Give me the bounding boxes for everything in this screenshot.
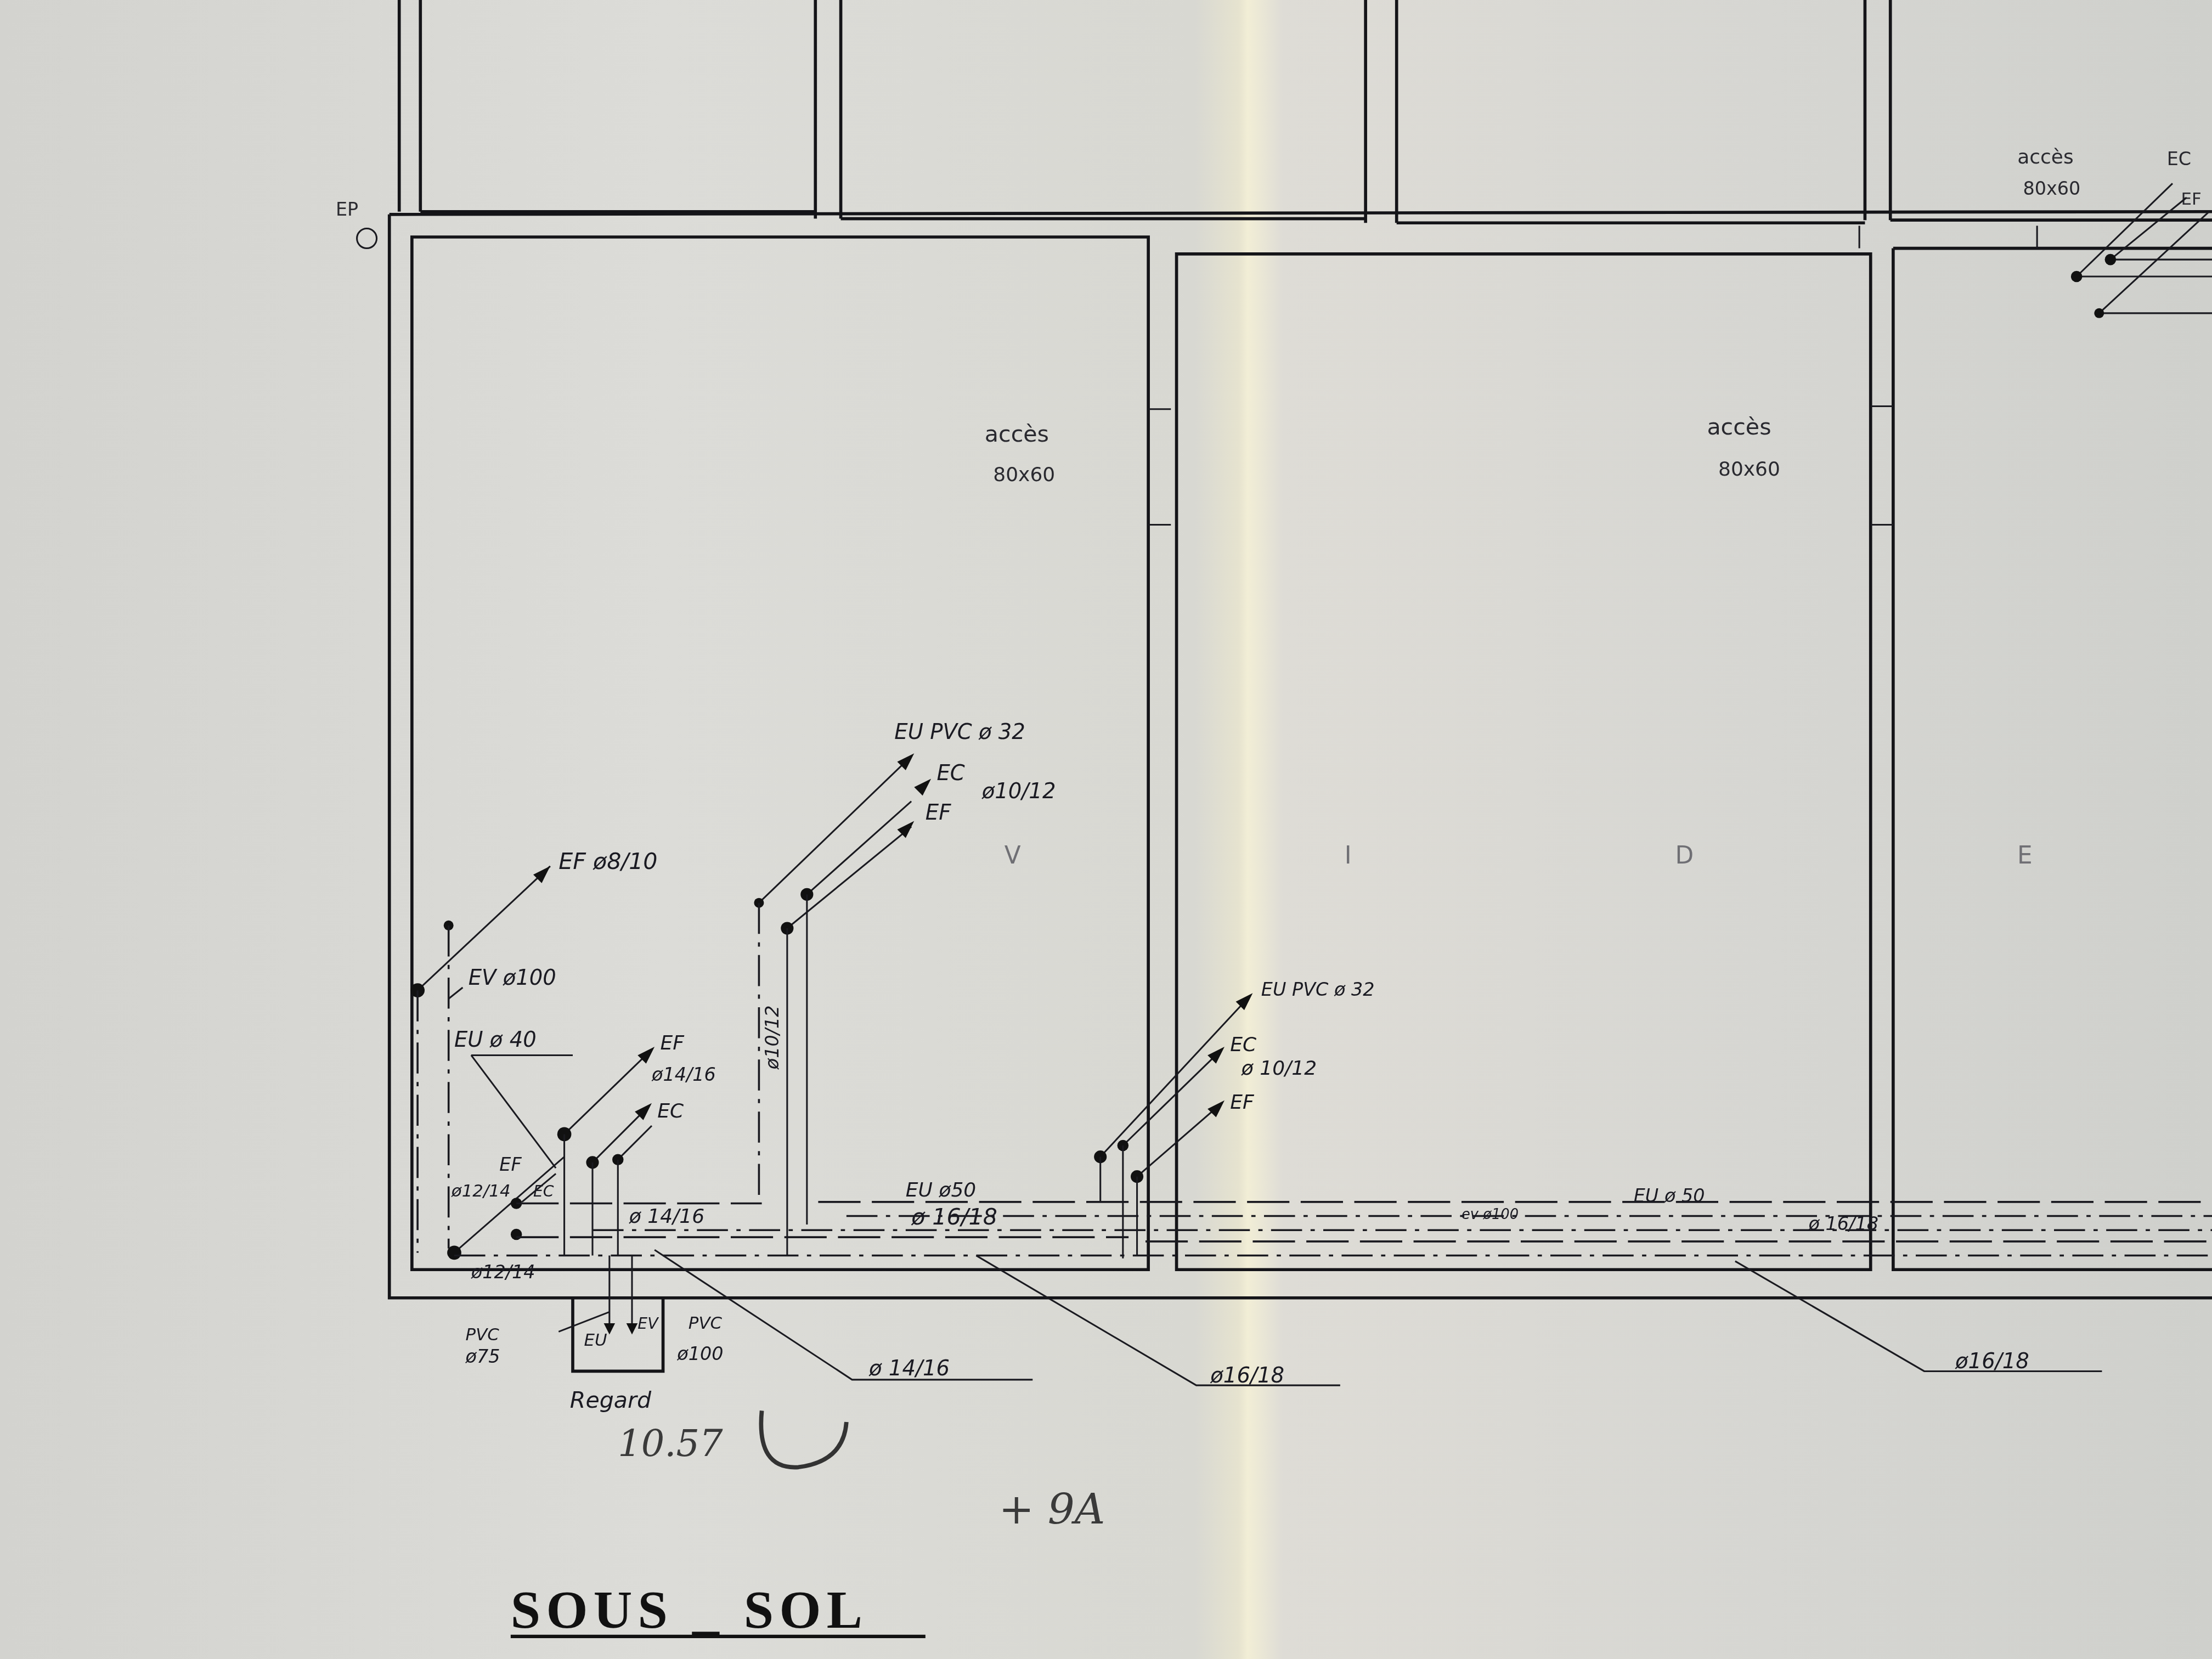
ep-circle-icon	[357, 229, 377, 249]
label-phi-14-16-run: ø 14/16	[629, 1205, 704, 1228]
label-eu-pvc-32-b: EU PVC ø 32	[1261, 979, 1375, 1000]
floor-plan-drawing: EP accès 80x60 accès 80x60 accès 80x60 E…	[0, 0, 2212, 1659]
label-eu-50-a: EU ø50	[906, 1179, 976, 1201]
label-phi-12-14: ø12/14	[451, 1181, 511, 1201]
label-pvc-100-line2: ø100	[676, 1343, 723, 1364]
label-eu-40: EU ø 40	[454, 1028, 537, 1052]
acces-2-line1: accès	[1707, 414, 1771, 440]
label-phi-16-18-a: ø 16/18	[911, 1204, 997, 1230]
pipe-runs: EU ø50 ø 16/18 ev ø100 EU ø 50 ø 16/18	[454, 1179, 2212, 1256]
label-ev-100: EV ø100	[469, 966, 556, 990]
upper-rooms	[399, 0, 2212, 223]
label-ev-100-run: ev ø100	[1462, 1206, 1519, 1223]
label-ef-small: EF	[499, 1154, 522, 1175]
label-ef-a: EF	[926, 800, 951, 825]
ep-label: EP	[336, 199, 358, 220]
label-ef-8-10: EF ø8/10	[558, 848, 657, 874]
label-ec-a: EC	[936, 761, 964, 786]
label-phi-10-12-a: ø10/12	[981, 779, 1056, 804]
label-phi-16-18-b: ø 16/18	[1808, 1213, 1878, 1234]
label-phi-14-16-riser: ø14/16	[651, 1064, 716, 1085]
callout-16-18-a: ø16/18	[1210, 1363, 1284, 1388]
pencil-plus-note: + 9A	[999, 1485, 1105, 1534]
left-riser-group: EF ø8/10 EV ø100 EU ø 40 EF ø14/16 EC EF…	[410, 848, 715, 1283]
label-pvc-100-line1: PVC	[689, 1313, 723, 1333]
acces-2-line2: 80x60	[1718, 458, 1780, 481]
acces-1-line1: accès	[985, 421, 1049, 447]
label-ec-small: EC	[533, 1182, 554, 1200]
regard-ev-label: EV	[637, 1314, 659, 1333]
acces-labels: accès 80x60 accès 80x60 accès 80x60 EC E…	[985, 146, 2202, 486]
acces-3-line2: 80x60	[2023, 178, 2080, 199]
label-eu-pvc-32-a: EU PVC ø 32	[894, 720, 1025, 744]
basement-walls	[390, 212, 2212, 1298]
page-title: SOUS _ SOL	[511, 1581, 868, 1640]
vide-sanitaire-label: V I D E S A N I T A I R E	[1005, 842, 2212, 870]
acces-3-line1: accès	[2017, 146, 2074, 168]
label-phi-12-14-bottom: ø12/14	[471, 1261, 535, 1283]
pencil-curve-mark	[761, 1410, 846, 1467]
label-ec-left: EC	[657, 1100, 684, 1122]
top-right-ec: EC	[2167, 148, 2191, 170]
label-pvc-75-line1: PVC	[466, 1325, 500, 1345]
acces-1-line2: 80x60	[993, 464, 1055, 486]
label-eu-50-b: EU ø 50	[1634, 1185, 1705, 1206]
ep-marker: EP	[336, 199, 377, 248]
middle-riser-group: EU PVC ø 32 EC EF ø10/12 ø10/12	[754, 720, 1056, 1255]
pencil-annotations: 10.57 + 9A	[618, 1410, 1105, 1534]
label-ef-b: EF	[1230, 1091, 1255, 1114]
label-pvc-75-line2: ø75	[465, 1346, 500, 1367]
callout-16-18-b: ø16/18	[1955, 1349, 2029, 1374]
label-phi-10-12-b: ø 10/12	[1241, 1057, 1317, 1080]
label-ef-left: EF	[660, 1032, 685, 1054]
regard-label: Regard	[570, 1387, 652, 1413]
label-ec-b: EC	[1230, 1034, 1257, 1056]
regard-eu-label: EU	[584, 1330, 607, 1350]
callout-14-16: ø 14/16	[868, 1356, 950, 1381]
pencil-number: 10.57	[618, 1422, 723, 1465]
plan-sheet: EP accès 80x60 accès 80x60 accès 80x60 E…	[0, 0, 2212, 1659]
label-phi-10-12-vertical: ø10/12	[761, 1005, 783, 1070]
